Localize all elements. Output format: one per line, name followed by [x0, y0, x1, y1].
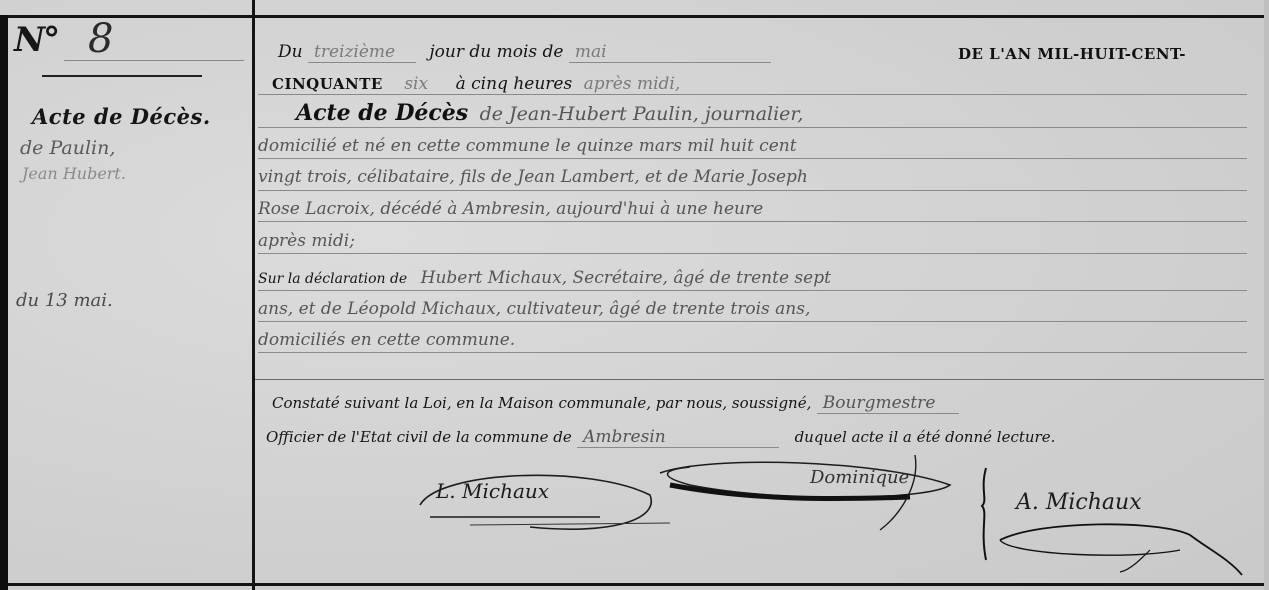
body-line-5: après midi; — [258, 231, 355, 251]
ruled-line — [258, 321, 1247, 322]
commune-field: Ambresin — [577, 427, 779, 448]
year-field: six — [388, 74, 444, 95]
margin-surname: de Paulin, — [20, 137, 115, 159]
signature-flourish-icon — [630, 455, 960, 535]
declaration-prefix: Sur la déclaration de — [258, 271, 407, 287]
header-line-2: CINQUANTE six à cinq heures après midi, — [272, 74, 700, 95]
signature-witness-2: Dominique — [630, 455, 960, 535]
certification-text-2b: duquel acte il a été donné lecture. — [795, 428, 1056, 446]
register-page: N° 8 Acte de Décès. de Paulin, Jean Hube… — [0, 0, 1269, 590]
certification-line-1: Constaté suivant la Loi, en la Maison co… — [272, 393, 959, 414]
body-line-4: Rose Lacroix, décédé à Ambresin, aujourd… — [258, 199, 763, 219]
certification-text-1: Constaté suivant la Loi, en la Maison co… — [272, 394, 811, 412]
body-line-1: Acte de Décès de Jean-Hubert Paulin, jou… — [296, 103, 803, 125]
declarant-1: Hubert Michaux, Secrétaire, âgé de trent… — [421, 268, 831, 288]
ruled-line — [258, 221, 1247, 222]
number-underline — [64, 60, 244, 61]
margin-given-names: Jean Hubert. — [22, 164, 126, 183]
ruled-line — [258, 158, 1247, 159]
certification-line-2: Officier de l'Etat civil de la commune d… — [266, 427, 1055, 448]
body-line-3: vingt trois, célibataire, fils de Jean L… — [258, 167, 808, 187]
body-line-2: domicilié et né en cette commune le quin… — [258, 136, 797, 156]
time-field: après midi, — [578, 74, 700, 95]
certification-text-2a: Officier de l'Etat civil de la commune d… — [266, 428, 572, 446]
deceased-name: de Jean-Hubert Paulin, journalier, — [480, 103, 804, 125]
signature-witness-2-text: Dominique — [810, 467, 909, 488]
declaration-line-1: Sur la déclaration de Hubert Michaux, Se… — [258, 268, 831, 289]
body-title: Acte de Décès — [296, 100, 468, 126]
section-rule — [255, 379, 1264, 380]
signature-officer-text: A. Michaux — [1016, 490, 1142, 515]
margin-date: du 13 mai. — [16, 290, 113, 311]
officer-title-field: Bourgmestre — [817, 393, 959, 414]
right-edge — [1264, 0, 1269, 590]
header-du: Du — [278, 42, 303, 62]
ruled-line — [258, 352, 1247, 353]
header-heures: à cinq heures — [456, 74, 573, 94]
ruled-line — [258, 127, 1247, 128]
declaration-line-2: ans, et de Léopold Michaux, cultivateur,… — [258, 299, 810, 319]
signature-officer: A. Michaux — [980, 460, 1250, 575]
margin-title: Acte de Décès. — [32, 104, 211, 129]
declaration-line-3: domiciliés en cette commune. — [258, 330, 515, 350]
header-year-prefix: DE L'AN MIL-HUIT-CENT- — [958, 44, 1186, 64]
month-field: mai — [569, 42, 771, 63]
day-field: treizième — [308, 42, 416, 63]
signature-bracket-icon — [980, 460, 1250, 575]
ruled-line — [258, 253, 1247, 254]
number-rule — [42, 75, 202, 77]
entry-number-label: N° — [14, 20, 58, 60]
ruled-line — [258, 290, 1247, 291]
header-line-1: Du treizième jour du mois de mai — [278, 42, 771, 63]
ruled-line — [258, 190, 1247, 191]
signature-witness-1-text: L. Michaux — [436, 479, 549, 503]
entry-number-value: 8 — [88, 16, 113, 62]
header-jour-du-mois: jour du mois de — [429, 42, 563, 62]
left-border — [0, 15, 8, 590]
column-divider — [252, 0, 255, 590]
header-cinquante: CINQUANTE — [272, 75, 383, 93]
